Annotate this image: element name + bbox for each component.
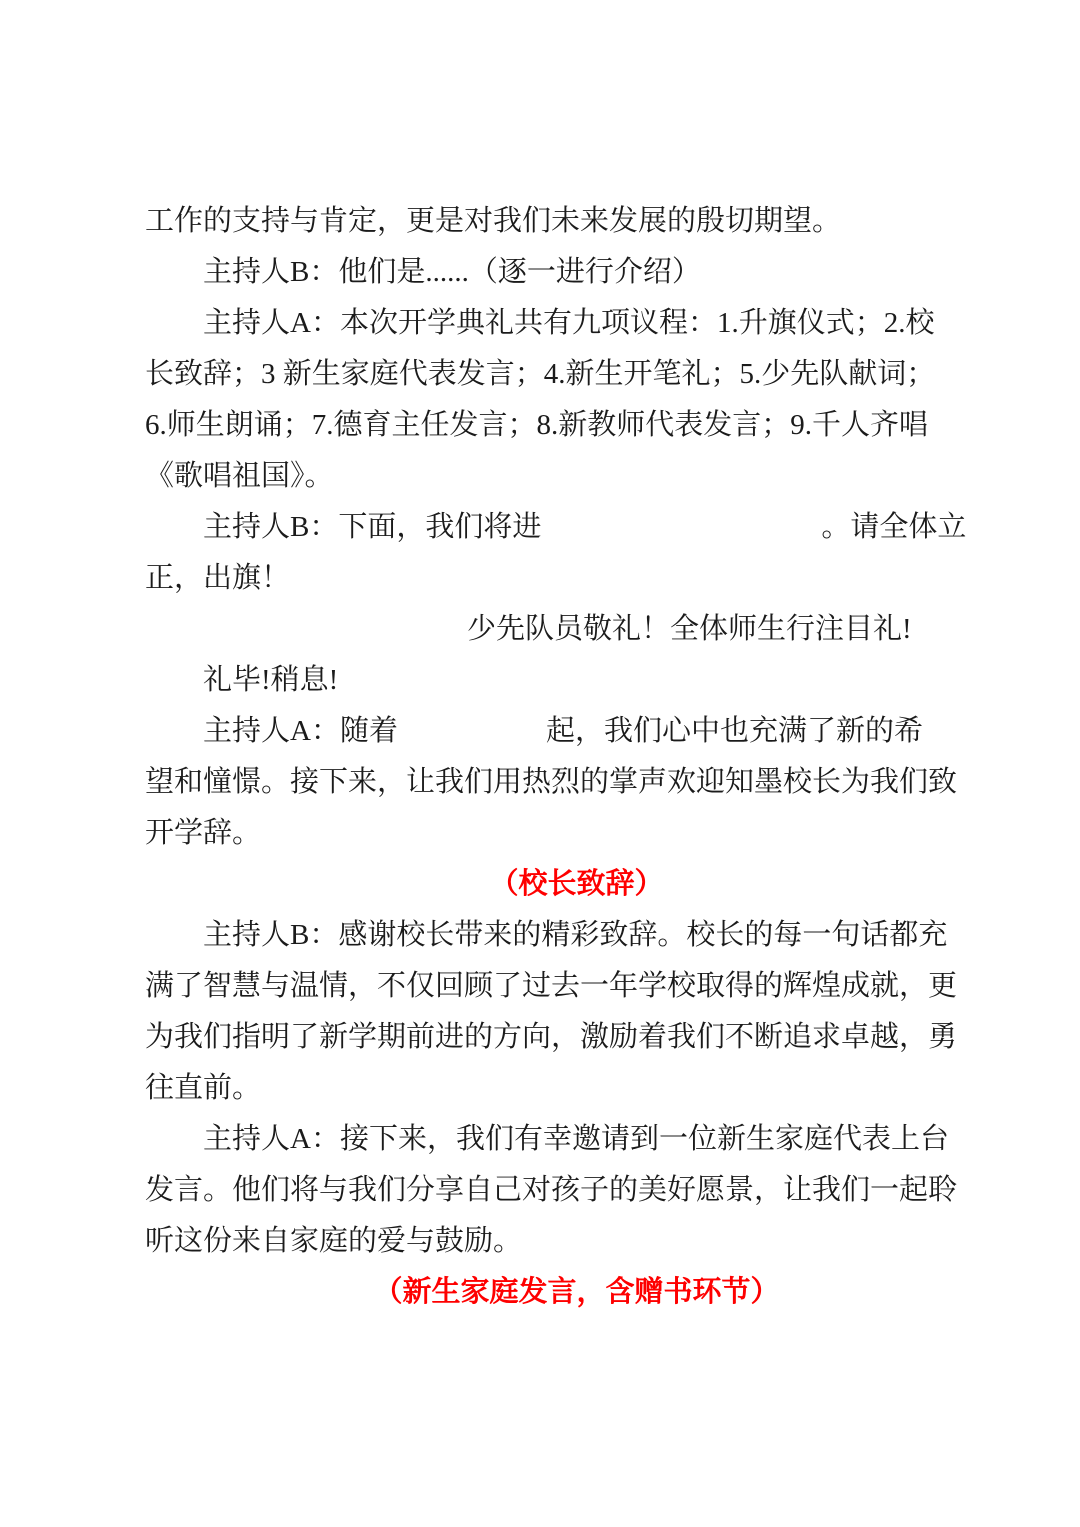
speaker-line-host-b: 主持人B：他们是......（逐一进行介绍） bbox=[145, 247, 960, 298]
body-line: 听这份来自家庭的爱与鼓励。 bbox=[145, 1216, 960, 1267]
text-run: 听这份来自家庭的爱与鼓励。 bbox=[145, 1225, 522, 1257]
text-run: （校长致辞） bbox=[489, 868, 663, 900]
text-run: 工作的支持与肯定，更是对我们未来发展的殷切期望。 bbox=[145, 205, 841, 237]
body-line: 为我们指明了新学期前进的方向，激励着我们不断追求卓越，勇 bbox=[145, 1012, 960, 1063]
text-run: 主持人A：接下来，我们有幸邀请到一位新生家庭代表上台 bbox=[203, 1123, 949, 1155]
text-run: 为我们指明了新学期前进的方向，激励着我们不断追求卓越，勇 bbox=[145, 1021, 957, 1053]
text-run: 长致辞；3 新生家庭代表发言；4.新生开笔礼；5.少先队献词； bbox=[145, 358, 935, 390]
speaker-line-host-b: 主持人B：感谢校长带来的精彩致辞。校长的每一句话都充 bbox=[145, 910, 960, 961]
fill-in-blank bbox=[398, 739, 546, 740]
document-body: 工作的支持与肯定，更是对我们未来发展的殷切期望。主持人B：他们是......（逐… bbox=[145, 196, 960, 1318]
text-run: （新生家庭发言，含赠书环节） bbox=[373, 1276, 779, 1308]
text-run: 6.师生朗诵；7.德育主任发言；8.新教师代表发言；9.千人齐唱 bbox=[145, 409, 928, 441]
section-heading-principal-speech: （校长致辞） bbox=[145, 859, 960, 910]
stage-direction-line: 少先队员敬礼！全体师生行注目礼! bbox=[145, 604, 960, 655]
text-run: 发言。他们将与我们分享自己对孩子的美好愿景，让我们一起聆 bbox=[145, 1174, 957, 1206]
text-run: 正，出旗！ bbox=[145, 562, 290, 594]
body-line: 工作的支持与肯定，更是对我们未来发展的殷切期望。 bbox=[145, 196, 960, 247]
text-run: 《歌唱祖国》。 bbox=[145, 460, 334, 492]
text-run: 主持人B：下面，我们将进 bbox=[203, 511, 541, 543]
text-run: 主持人A：本次开学典礼共有九项议程：1.升旗仪式；2.校 bbox=[203, 307, 934, 339]
body-line: 发言。他们将与我们分享自己对孩子的美好愿景，让我们一起聆 bbox=[145, 1165, 960, 1216]
body-line: 长致辞；3 新生家庭代表发言；4.新生开笔礼；5.少先队献词； bbox=[145, 349, 960, 400]
text-run: 望和憧憬。接下来，让我们用热烈的掌声欢迎知墨校长为我们致 bbox=[145, 766, 957, 798]
body-line: 正，出旗！ bbox=[145, 553, 960, 604]
fill-in-blank bbox=[541, 535, 821, 536]
text-run: 礼毕!稍息! bbox=[203, 664, 338, 696]
text-run: 主持人A：随着 bbox=[203, 715, 398, 747]
body-line: 礼毕!稍息! bbox=[145, 655, 960, 706]
speaker-line-host-a: 主持人A：本次开学典礼共有九项议程：1.升旗仪式；2.校 bbox=[145, 298, 960, 349]
speaker-line-host-a: 主持人A：随着起，我们心中也充满了新的希 bbox=[145, 706, 960, 757]
text-run: 满了智慧与温情，不仅回顾了过去一年学校取得的辉煌成就，更 bbox=[145, 970, 957, 1002]
text-run: 起，我们心中也充满了新的希 bbox=[546, 715, 923, 747]
body-line: 6.师生朗诵；7.德育主任发言；8.新教师代表发言；9.千人齐唱 bbox=[145, 400, 960, 451]
speaker-line-host-b: 主持人B：下面，我们将进。请全体立 bbox=[145, 502, 960, 553]
text-run: 主持人B：感谢校长带来的精彩致辞。校长的每一句话都充 bbox=[203, 919, 947, 951]
speaker-line-host-a: 主持人A：接下来，我们有幸邀请到一位新生家庭代表上台 bbox=[145, 1114, 960, 1165]
document-page: 工作的支持与肯定，更是对我们未来发展的殷切期望。主持人B：他们是......（逐… bbox=[0, 0, 1080, 1527]
text-run: 。请全体立 bbox=[821, 511, 966, 543]
body-line: 望和憧憬。接下来，让我们用热烈的掌声欢迎知墨校长为我们致 bbox=[145, 757, 960, 808]
body-line: 满了智慧与温情，不仅回顾了过去一年学校取得的辉煌成就，更 bbox=[145, 961, 960, 1012]
body-line: 《歌唱祖国》。 bbox=[145, 451, 960, 502]
text-run: 往直前。 bbox=[145, 1072, 261, 1104]
body-line: 开学辞。 bbox=[145, 808, 960, 859]
text-run: 少先队员敬礼！全体师生行注目礼! bbox=[467, 613, 912, 645]
text-run: 主持人B：他们是......（逐一进行介绍） bbox=[203, 256, 701, 288]
body-line: 往直前。 bbox=[145, 1063, 960, 1114]
text-run: 开学辞。 bbox=[145, 817, 261, 849]
section-heading-new-family-speech: （新生家庭发言，含赠书环节） bbox=[145, 1267, 960, 1318]
